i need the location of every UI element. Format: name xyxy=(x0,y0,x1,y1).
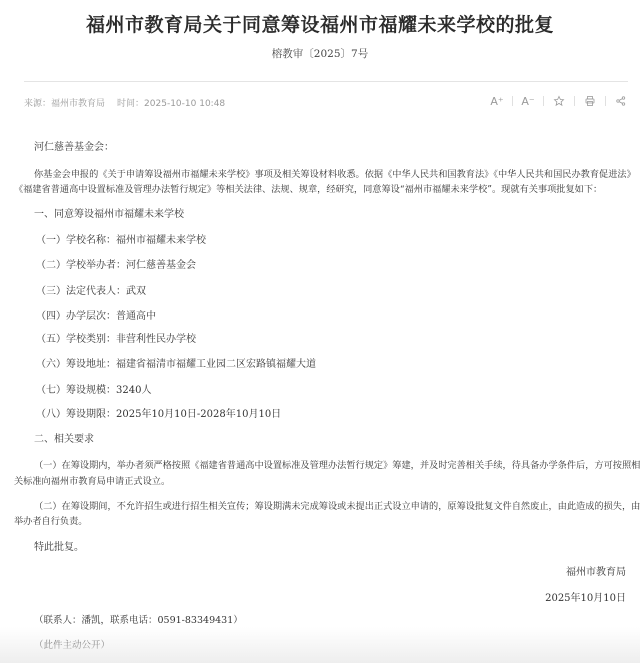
section-1-item: （二）学校举办者：河仁慈善基金会 xyxy=(36,259,196,273)
time-value: 2025-10-10 10:48 xyxy=(144,99,225,109)
document-title: 福州市教育局关于同意筹设福州市福耀未来学校的批复 xyxy=(0,10,640,37)
section-1-item: （八）筹设期限：2025年10月10日-2028年10月10日 xyxy=(36,408,281,422)
closing-remark: 特此批复。 xyxy=(34,541,84,555)
toolbar-separator xyxy=(574,96,575,106)
toolbar-separator xyxy=(543,96,544,106)
salutation: 河仁慈善基金会： xyxy=(34,141,114,155)
time-info: 时间：2025-10-10 10:48 xyxy=(117,96,225,109)
favorite-button[interactable] xyxy=(550,93,568,109)
font-increase-icon: A⁺ xyxy=(490,95,503,108)
section-1-item: （四）办学层次：普通高中 xyxy=(36,310,156,324)
signatory: 福州市教育局 xyxy=(566,566,626,580)
contact-info: （联系人：潘凯，联系电话：0591-83349431） xyxy=(34,614,243,628)
intro-line-2: 《福建省普通高中设置标准及管理办法暂行规定》等相关法律、法规、规章，经研究，同意… xyxy=(14,183,602,197)
disclosure-note: （此件主动公开） xyxy=(34,639,110,653)
requirement-1-line-2: 关标准向福州市教育局申请正式设立。 xyxy=(14,475,170,489)
share-button[interactable] xyxy=(612,93,630,109)
source-label: 来源： xyxy=(24,99,51,109)
toolbar-separator xyxy=(605,96,606,106)
section-1-item: （五）学校类别：非营利性民办学校 xyxy=(36,333,196,347)
font-increase-button[interactable]: A⁺ xyxy=(488,93,506,109)
toolbar-separator xyxy=(512,96,513,106)
time-label: 时间： xyxy=(117,99,144,109)
section-2-heading: 二、相关要求 xyxy=(34,433,94,447)
requirement-2-line-2: 举办者自行负责。 xyxy=(14,515,88,529)
print-icon xyxy=(584,95,596,107)
section-1-item: （三）法定代表人：武双 xyxy=(36,285,146,299)
section-1-heading: 一、同意筹设福州市福耀未来学校 xyxy=(34,208,184,222)
source-info: 来源：福州市教育局 xyxy=(24,96,105,109)
font-decrease-button[interactable]: A⁻ xyxy=(519,93,537,109)
header-divider xyxy=(24,81,628,82)
share-icon xyxy=(615,95,627,107)
font-decrease-icon: A⁻ xyxy=(521,95,534,108)
source-value: 福州市教育局 xyxy=(51,99,105,109)
print-button[interactable] xyxy=(581,93,599,109)
signature-date: 2025年10月10日 xyxy=(545,592,626,606)
document-page: 福州市教育局关于同意筹设福州市福耀未来学校的批复 榕教审〔2025〕7号 来源：… xyxy=(0,0,640,663)
section-1-item: （七）筹设规模：3240人 xyxy=(36,384,151,398)
article-toolbar: A⁺ A⁻ xyxy=(488,93,630,109)
intro-line-1: 你基金会申报的《关于申请筹设福州市福耀未来学校》事项及相关筹设材料收悉。依据《中… xyxy=(34,168,636,182)
section-1-item: （一）学校名称：福州市福耀未来学校 xyxy=(36,234,206,248)
requirement-2-line-1: （二）在筹设期间，不允许招生或进行招生相关宣传；筹设期满未完成筹设或未提出正式设… xyxy=(34,500,640,514)
requirement-1-line-1: （一）在筹设期内，举办者须严格按照《福建省普通高中设置标准及管理办法暂行规定》筹… xyxy=(34,459,640,473)
section-1-item: （六）筹设地址：福建省福清市福耀工业园二区宏路镇福耀大道 xyxy=(36,358,316,372)
article-meta: 来源：福州市教育局 时间：2025-10-10 10:48 xyxy=(24,96,225,109)
star-icon xyxy=(553,95,565,107)
document-number: 榕教审〔2025〕7号 xyxy=(0,46,640,61)
